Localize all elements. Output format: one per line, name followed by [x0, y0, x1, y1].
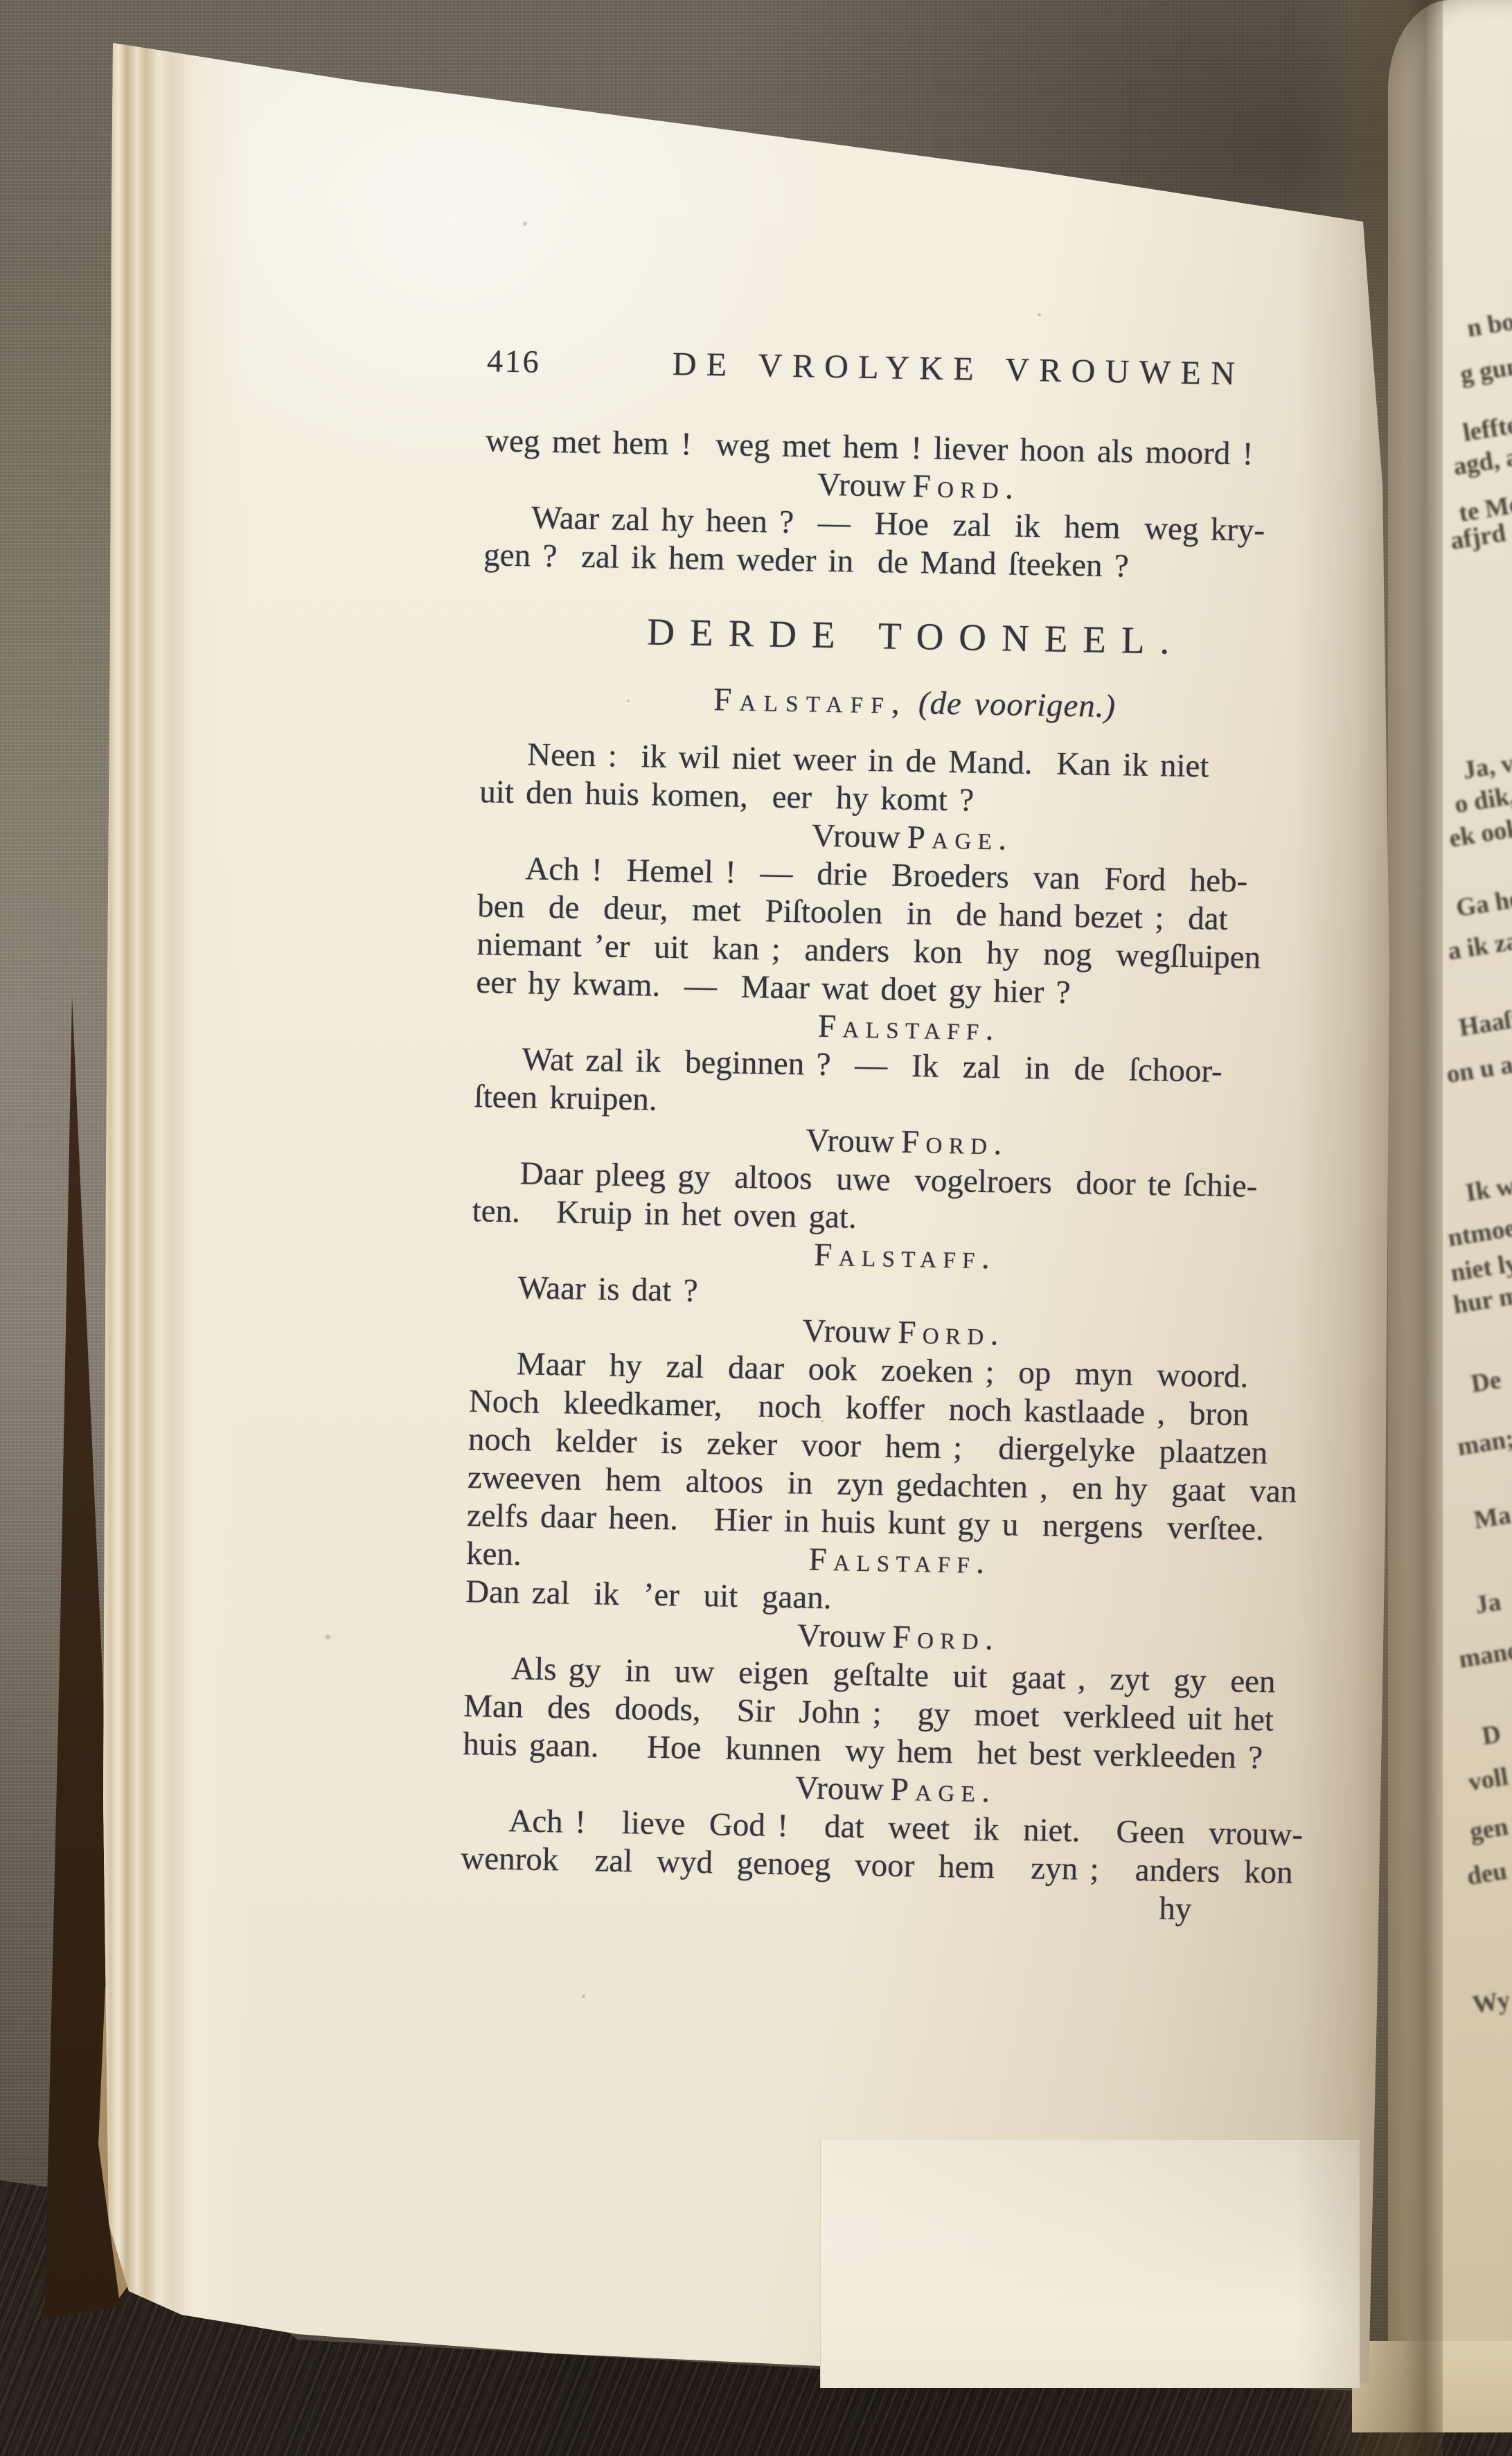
speaker-name: Falstaff. — [808, 1542, 991, 1581]
edge-fragment: D — [1480, 1719, 1503, 1752]
scene-characters: Falstaff,(de voorigen.) — [481, 675, 1349, 731]
edge-fragment: Ik w — [1464, 1171, 1512, 1209]
scene-character-note: (de voorigen.) — [918, 685, 1117, 724]
edge-fragment: on u aan — [1444, 1046, 1512, 1090]
edge-fragment: Wy — [1470, 1985, 1512, 2020]
speaker-prefix: Vrouw — [802, 1312, 891, 1350]
scene-heading: DERDE TOONEEL. — [482, 606, 1350, 667]
paper-speckle — [1038, 313, 1041, 317]
speaker-name: Page. — [907, 819, 1013, 857]
edge-fragment: voll — [1466, 1762, 1511, 1797]
paper-speckle — [582, 1995, 585, 1998]
speaker-prefix: Vrouw — [812, 818, 901, 855]
paper-speckle — [326, 1635, 330, 1639]
edge-fragment: man; — [1455, 1424, 1512, 1462]
book-photo: n bog gunnleffteagd, abte MoeafjrdJa, vo… — [0, 0, 1512, 2456]
edge-fragment: o dik, — [1452, 781, 1512, 819]
edge-fragment: Ja — [1473, 1587, 1503, 1620]
under-page-corner — [820, 2140, 1360, 2388]
speaker-name: Falstaff. — [818, 1008, 1001, 1048]
edge-fragment: gen — [1468, 1812, 1511, 1847]
edge-fragment: ntmoet — [1446, 1212, 1512, 1254]
scene-character-name: Falstaff, — [713, 682, 908, 721]
edge-fragment: De — [1469, 1365, 1503, 1399]
edge-fragment: Ma — [1472, 1500, 1512, 1536]
speaker-prefix: Vrouw — [795, 1770, 884, 1807]
edge-fragment: Ja, v — [1461, 748, 1512, 785]
text-lines: weg met hem ! weg met hem ! liever hoon … — [460, 422, 1353, 1931]
edge-fragment: niet lyd — [1448, 1246, 1512, 1288]
speaker-name: Ford. — [898, 1315, 1005, 1353]
edge-fragment: a ik zal — [1446, 925, 1512, 966]
edge-fragment: g gunn — [1458, 349, 1512, 390]
edge-fragment: leffte — [1461, 410, 1512, 448]
speaker-name: Ford. — [892, 1619, 999, 1657]
page-number: 416 — [487, 340, 592, 384]
edge-fragment: Ga hee — [1454, 882, 1512, 924]
speaker-prefix: Vrouw — [797, 1617, 887, 1655]
speaker-name: Page. — [890, 1772, 997, 1810]
edge-fragment: n bo — [1465, 307, 1512, 344]
speaker-prefix: Vrouw — [817, 467, 907, 504]
speaker-prefix: Vrouw — [806, 1123, 895, 1160]
edge-fragment: Haaſtig — [1457, 1001, 1512, 1043]
text-block: 416 DE VROLYKE VROUWEN weg met hem ! weg… — [460, 340, 1355, 1931]
speaker-name: Falstaff. — [814, 1237, 997, 1276]
edge-fragment: afjrd — [1448, 518, 1508, 556]
page-edge-stack — [103, 40, 249, 2320]
edge-fragment: agd, ab — [1451, 440, 1512, 481]
under-pages-right — [1352, 2341, 1512, 2432]
speaker-name: Ford. — [912, 468, 1020, 506]
speaker-name: Ford. — [901, 1124, 1008, 1162]
edge-fragment: deu — [1465, 1856, 1509, 1892]
edge-fragment: mand — [1457, 1635, 1512, 1675]
paper-speckle — [523, 222, 527, 226]
body-line: ken. — [466, 1535, 522, 1574]
right-page-edge: n bog gunnleffteagd, abte MoeafjrdJa, vo… — [1388, 0, 1512, 2430]
